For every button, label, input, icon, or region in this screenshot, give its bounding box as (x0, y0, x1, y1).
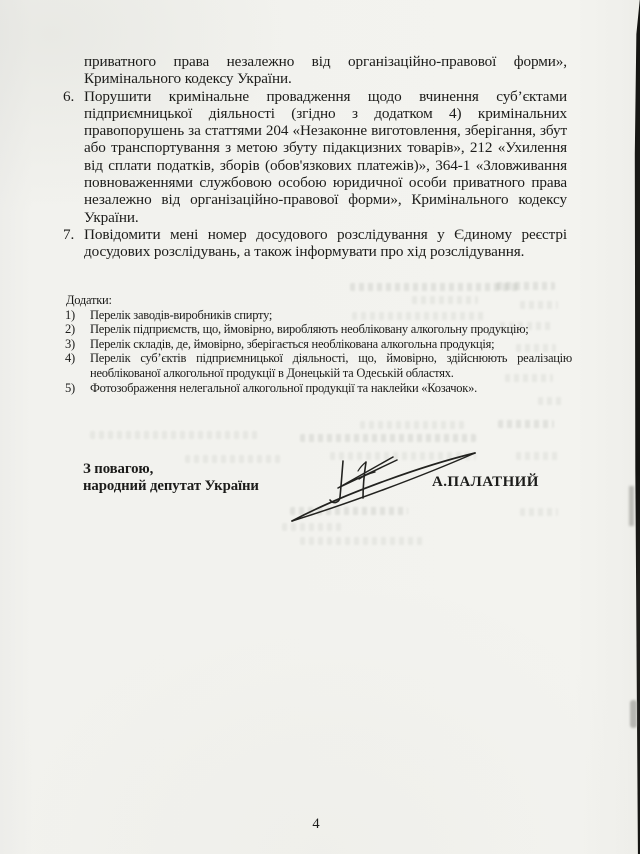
item-text: Повідомити мені номер досудового розслід… (84, 226, 567, 261)
scan-edge-notch (629, 486, 634, 526)
item-number: 2) (63, 322, 90, 337)
scanned-document-page: приватного права незалежно від організац… (0, 0, 640, 854)
attachment-item: 4) Перелік суб’єктів підприємницької дія… (63, 351, 572, 380)
bleedthrough-mark (497, 282, 555, 290)
bleedthrough-mark (516, 452, 560, 460)
attachment-item: 1) Перелік заводів-виробників спирту; (63, 308, 572, 323)
signer-name: А.ПАЛАТНИЙ (432, 474, 539, 491)
attachment-item: 2) Перелік підприємств, що, ймовірно, ви… (63, 322, 572, 337)
item-text: Перелік складів, де, ймовірно, зберігаєт… (90, 337, 572, 352)
item-number: 4) (63, 351, 90, 366)
bleedthrough-mark (300, 537, 426, 545)
scan-edge-notch (630, 700, 637, 728)
item-text: Фотозображення нелегальної алкогольної п… (90, 381, 572, 396)
item-text: Порушити кримінальне провадження щодо вч… (84, 88, 567, 226)
body-text: приватного права незалежно від організац… (63, 53, 567, 261)
paragraph-continuation: приватного права незалежно від організац… (84, 53, 567, 88)
bleedthrough-mark (498, 420, 554, 428)
bleedthrough-mark (360, 421, 464, 429)
item-text: Перелік заводів-виробників спирту; (90, 308, 572, 323)
page-number: 4 (0, 816, 632, 833)
item-number: 3) (63, 337, 90, 352)
attachments-section: Додатки: 1) Перелік заводів-виробників с… (63, 293, 572, 395)
item-text: Перелік підприємств, що, ймовірно, вироб… (90, 322, 572, 337)
list-item-7: 7. Повідомити мені номер досудового розс… (63, 226, 567, 261)
item-number: 1) (63, 308, 90, 323)
item-number: 7. (63, 226, 84, 243)
attachments-title: Додатки: (66, 293, 572, 308)
attachment-item: 5) Фотозображення нелегальної алкогольно… (63, 381, 572, 396)
list-item-6: 6. Порушити кримінальне провадження щодо… (63, 88, 567, 226)
item-text: Перелік суб’єктів підприємницької діяльн… (90, 351, 572, 380)
attachment-item: 3) Перелік складів, де, ймовірно, зберіг… (63, 337, 572, 352)
bleedthrough-mark (350, 283, 518, 291)
item-number: 6. (63, 88, 84, 105)
item-number: 5) (63, 381, 90, 396)
bleedthrough-mark (90, 431, 258, 439)
bleedthrough-mark (538, 397, 564, 405)
bleedthrough-mark (520, 508, 558, 516)
